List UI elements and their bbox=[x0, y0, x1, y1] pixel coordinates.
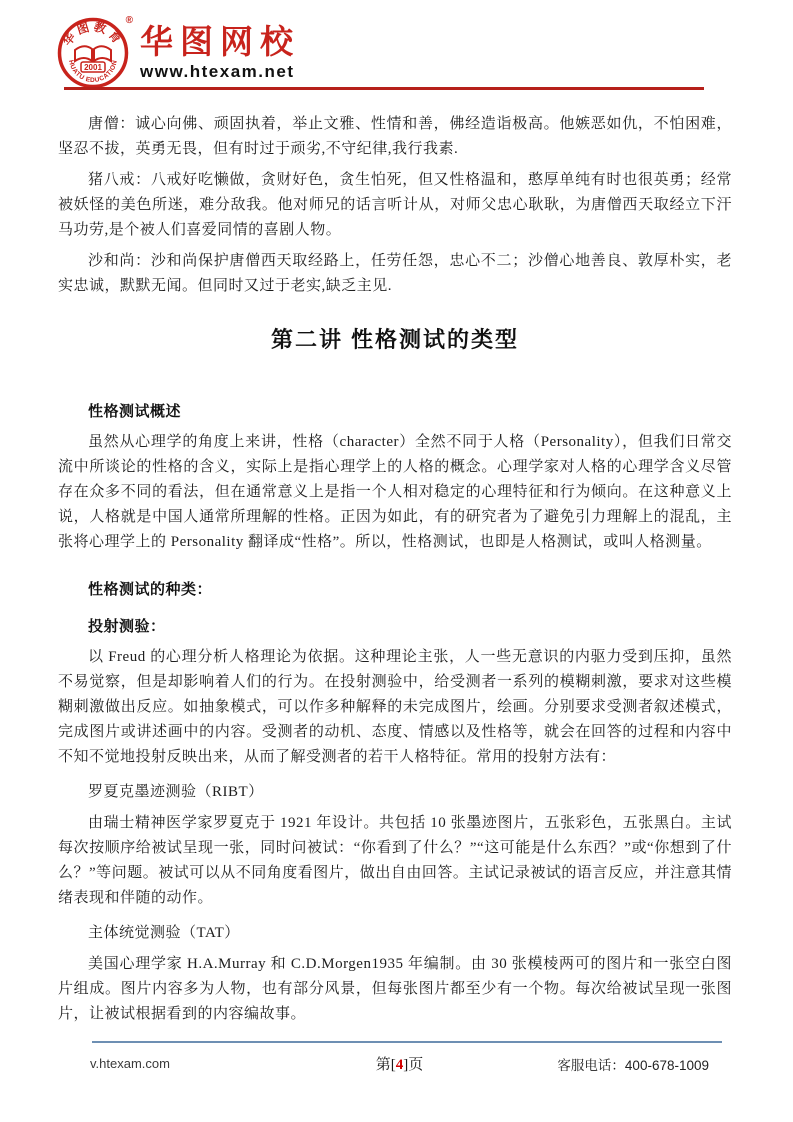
document-body: 唐僧：诚心向佛、顽固执着，举止文雅、性情和善，佛经造诣极高。他嫉恶如仇，不怕困难… bbox=[58, 112, 732, 1027]
footer-site-url: v.htexam.com bbox=[90, 1056, 376, 1071]
heading-overview: 性格测试概述 bbox=[58, 399, 732, 424]
paragraph-tangseng: 唐僧：诚心向佛、顽固执着，举止文雅、性情和善，佛经造诣极高。他嫉恶如仇，不怕困难… bbox=[58, 112, 732, 162]
paragraph-tat: 美国心理学家 H.A.Murray 和 C.D.Morgen1935 年编制。由… bbox=[58, 952, 732, 1027]
header-logo: 华图教育 2001 HUATU EDUCATION ® 华图网校 www.hte… bbox=[56, 16, 300, 90]
registered-trademark-icon: ® bbox=[126, 15, 133, 26]
heading-projective-test: 投射测验： bbox=[58, 614, 732, 639]
footer: v.htexam.com 第[4]页 客服电话：400-678-1009 bbox=[90, 1053, 709, 1074]
seal-svg: 华图教育 2001 HUATU EDUCATION bbox=[56, 16, 130, 90]
paragraph-projective: 以 Freud 的心理分析人格理论为依据。这种理论主张，人一些无意识的内驱力受到… bbox=[58, 645, 732, 770]
paragraph-zhubajie: 猪八戒：八戒好吃懒做，贪财好色，贪生怕死，但又性格温和，憨厚单纯有时也很英勇；经… bbox=[58, 168, 732, 243]
paragraph-overview: 虽然从心理学的角度上来讲，性格（character）全然不同于人格（Person… bbox=[58, 430, 732, 555]
service-phone: 客服电话：400-678-1009 bbox=[423, 1054, 709, 1074]
heading-rorschach: 罗夏克墨迹测验（RIBT） bbox=[58, 780, 732, 805]
heading-tat: 主体统觉测验（TAT） bbox=[58, 921, 732, 946]
huatu-seal-icon: 华图教育 2001 HUATU EDUCATION ® bbox=[56, 16, 130, 90]
paragraph-rorschach: 由瑞士精神医学家罗夏克于 1921 年设计。共包括 10 张墨迹图片，五张彩色，… bbox=[58, 811, 732, 911]
brand-name: 华图网校 bbox=[140, 25, 300, 59]
header-website-url: www.htexam.net bbox=[140, 63, 300, 81]
lecture-title: 第二讲 性格测试的类型 bbox=[58, 325, 732, 355]
seal-year: 2001 bbox=[84, 63, 102, 72]
header-divider bbox=[64, 87, 704, 90]
heading-test-types: 性格测试的种类： bbox=[58, 577, 732, 602]
page-indicator: 第[4]页 bbox=[376, 1053, 424, 1074]
paragraph-shaheshang: 沙和尚：沙和尚保护唐僧西天取经路上，任劳任怨，忠心不二；沙僧心地善良、敦厚朴实，… bbox=[58, 249, 732, 299]
document-page: 华图教育 2001 HUATU EDUCATION ® 华图网校 www.hte… bbox=[0, 0, 793, 1122]
brand-block: 华图网校 www.htexam.net bbox=[140, 25, 300, 81]
page-label-suffix: ]页 bbox=[403, 1057, 423, 1073]
footer-divider bbox=[92, 1041, 722, 1043]
page-label-prefix: 第[ bbox=[376, 1057, 396, 1073]
